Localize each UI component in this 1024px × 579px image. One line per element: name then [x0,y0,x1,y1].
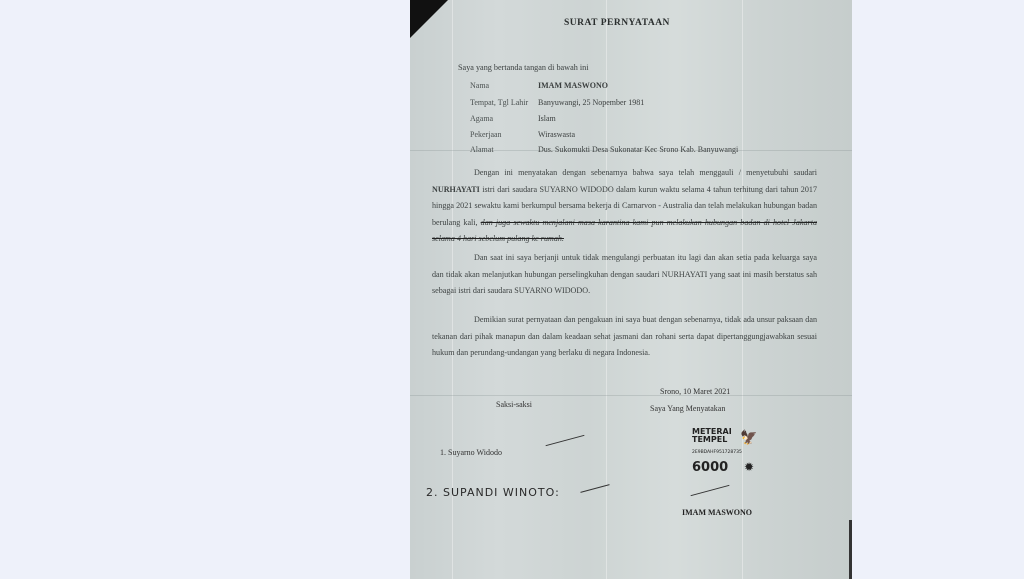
declarant-signature [691,485,730,496]
witness-1-signature [546,435,585,446]
paragraph-1-name: NURHAYATI [432,185,480,194]
garuda-emblem-icon: 🦅 [740,430,757,446]
paragraph-1: Dengan ini menyatakan dengan sebenarnya … [432,165,817,248]
field-value-religion: Islam [538,114,556,123]
field-label-name: Nama [470,81,489,90]
paragraph-1-text: Dengan ini menyatakan dengan sebenarnya … [474,168,817,177]
struck-text: dan juga sewaktu menjalani masa karantin… [432,218,817,244]
field-label-birth: Tempat, Tgl Lahir [470,98,528,107]
document-title: SURAT PERNYATAAN [564,18,670,28]
witness-1: 1. Suyarno Widodo [440,448,502,457]
field-value-address: Dus. Sukomukti Desa Sukonatar Kec Srono … [538,145,738,154]
document-photo: SURAT PERNYATAAN Saya yang bertanda tang… [410,0,852,579]
field-label-job: Pekerjaan [470,130,502,139]
field-label-religion: Agama [470,114,493,123]
declarant-name: IMAM MASWONO [682,508,752,517]
dark-corner [410,0,448,38]
paragraph-2: Dan saat ini saya berjanji untuk tidak m… [432,250,817,300]
stamp-emblem-icon: ✹ [744,460,754,474]
fold-line [410,395,852,396]
field-label-address: Alamat [470,145,494,154]
duty-stamp: METERAITEMPEL 🦅 2E9BDAHF951728735 6000 ✹ [692,428,762,478]
paragraph-3: Demikian surat pernyataan dan pengakuan … [432,312,817,362]
stamp-value: 6000 [692,460,728,475]
field-value-name: IMAM MASWONO [538,81,608,90]
place-date: Srono, 10 Maret 2021 [660,387,730,396]
paper-edge [849,520,852,579]
witnesses-label: Saksi-saksi [496,400,532,409]
field-value-birth: Banyuwangi, 25 Nopember 1981 [538,98,644,107]
intro-text: Saya yang bertanda tangan di bawah ini [458,61,589,76]
declarant-label: Saya Yang Menyatakan [650,404,725,413]
field-value-job: Wiraswasta [538,130,575,139]
stamp-serial: 2E9BDAHF951728735 [692,450,742,455]
stamp-line-2: TEMPEL [692,435,727,444]
witness-2: 2. SUPANDI WINOTO: [426,486,560,499]
